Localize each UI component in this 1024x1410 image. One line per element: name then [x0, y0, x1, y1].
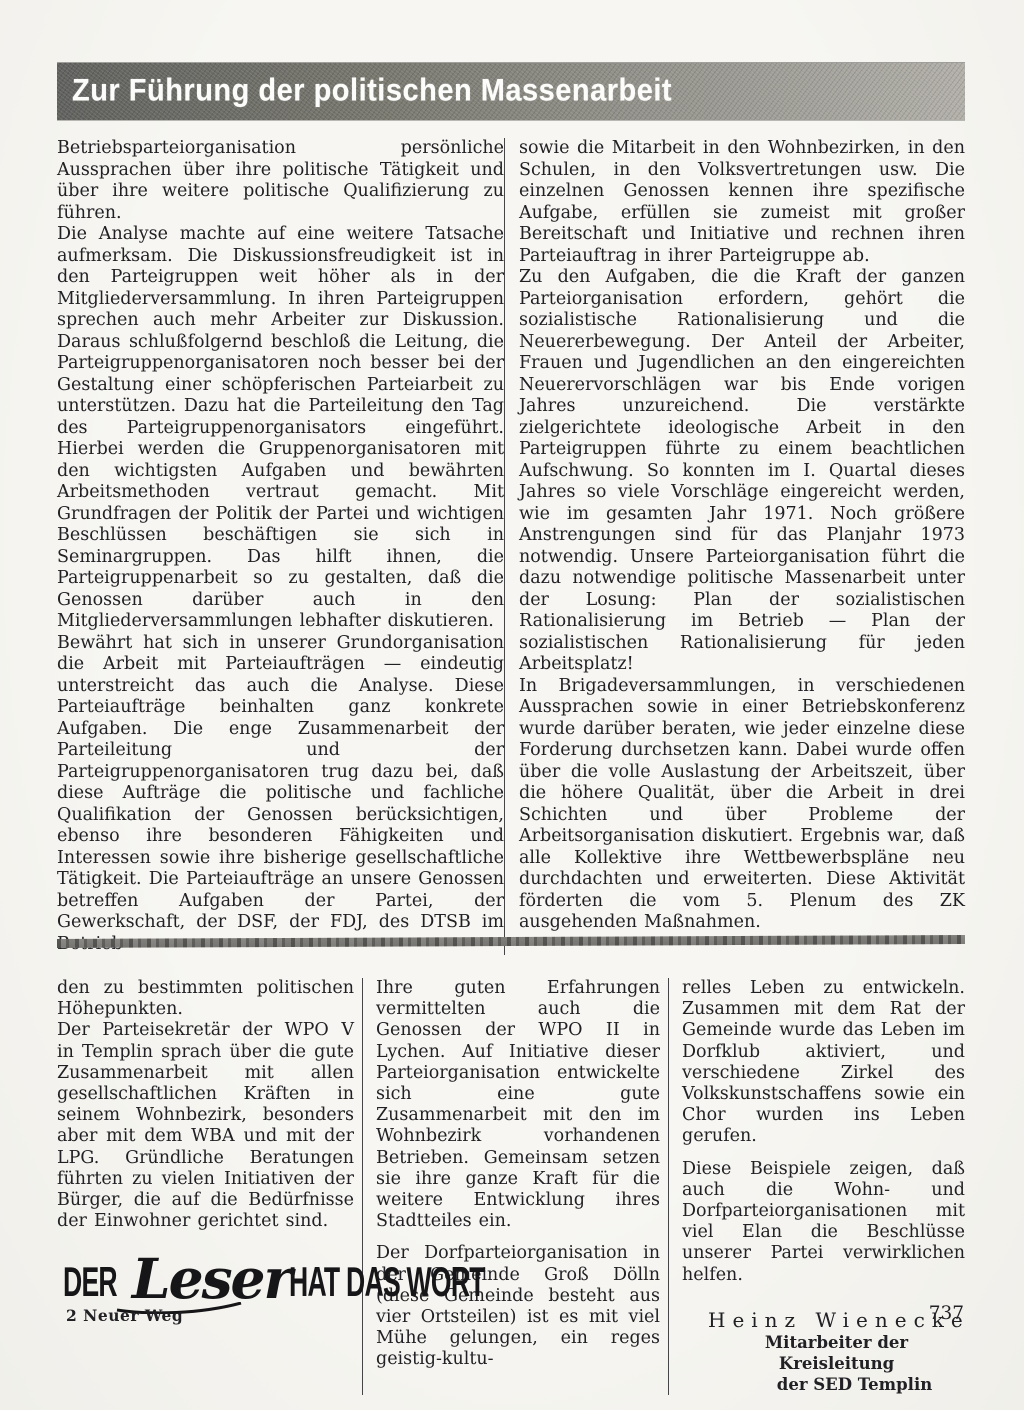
article-bottom-section: den zu bestimmten politischen Höhepunkte…: [57, 978, 965, 1395]
magazine-page: Zur Führung der politischen Massenarbeit…: [0, 0, 1024, 1410]
article-header-banner: Zur Führung der politischen Massenarbeit: [57, 63, 965, 120]
body-paragraph: Die Analyse machte auf eine weitere Tats…: [57, 224, 504, 633]
body-paragraph: sowie die Mitarbeit in den Wohnbezirken,…: [519, 138, 965, 267]
top-left-column: Betriebsparteiorganisation persönliche A…: [57, 138, 504, 955]
body-paragraph: Diese Beispiele zeigen, daß auch die Woh…: [682, 1159, 965, 1286]
body-paragraph: Ihre guten Erfahrungen vermittelten auch…: [376, 978, 660, 1232]
author-role-line-2: der SED Templin: [708, 1374, 965, 1395]
body-paragraph: Der Parteisekretär der WPO V in Templin …: [57, 1020, 354, 1232]
reader-logo-text-hat-das-wort: HAT DAS WORT: [289, 1260, 485, 1307]
body-paragraph: den zu bestimmten politischen Höhepunkte…: [57, 978, 354, 1020]
author-name: Heinz Wienecke: [708, 1308, 965, 1332]
body-paragraph: relles Leben zu entwickeln. Zusammen mit…: [682, 978, 965, 1148]
author-role-line-1: Mitarbeiter der Kreisleitung: [708, 1332, 965, 1374]
body-paragraph: In Brigadeversammlungen, in verschiedene…: [519, 676, 965, 934]
page-number: 737: [929, 1303, 964, 1324]
journal-imprint: 2 Neuer Weg: [66, 1306, 183, 1325]
bottom-column-2: Ihre guten Erfahrungen vermittelten auch…: [362, 978, 668, 1395]
article-top-section: Betriebsparteiorganisation persönliche A…: [57, 138, 965, 955]
top-right-column: sowie die Mitarbeit in den Wohnbezirken,…: [504, 138, 965, 955]
reader-logo-text-der: DER: [63, 1260, 117, 1307]
bottom-column-1: den zu bestimmten politischen Höhepunkte…: [57, 978, 362, 1395]
body-paragraph: Bewährt hat sich in unserer Grundorganis…: [57, 633, 504, 956]
article-title: Zur Führung der politischen Massenarbeit: [57, 74, 672, 110]
author-signature: Heinz Wienecke Mitarbeiter der Kreisleit…: [682, 1308, 965, 1395]
body-paragraph: Zu den Aufgaben, die die Kraft der ganze…: [519, 267, 965, 676]
bottom-column-3: relles Leben zu entwickeln. Zusammen mit…: [668, 978, 965, 1395]
reader-logo-script-leser: Leser: [132, 1251, 291, 1306]
body-paragraph: Betriebsparteiorganisation persönliche A…: [57, 138, 504, 224]
